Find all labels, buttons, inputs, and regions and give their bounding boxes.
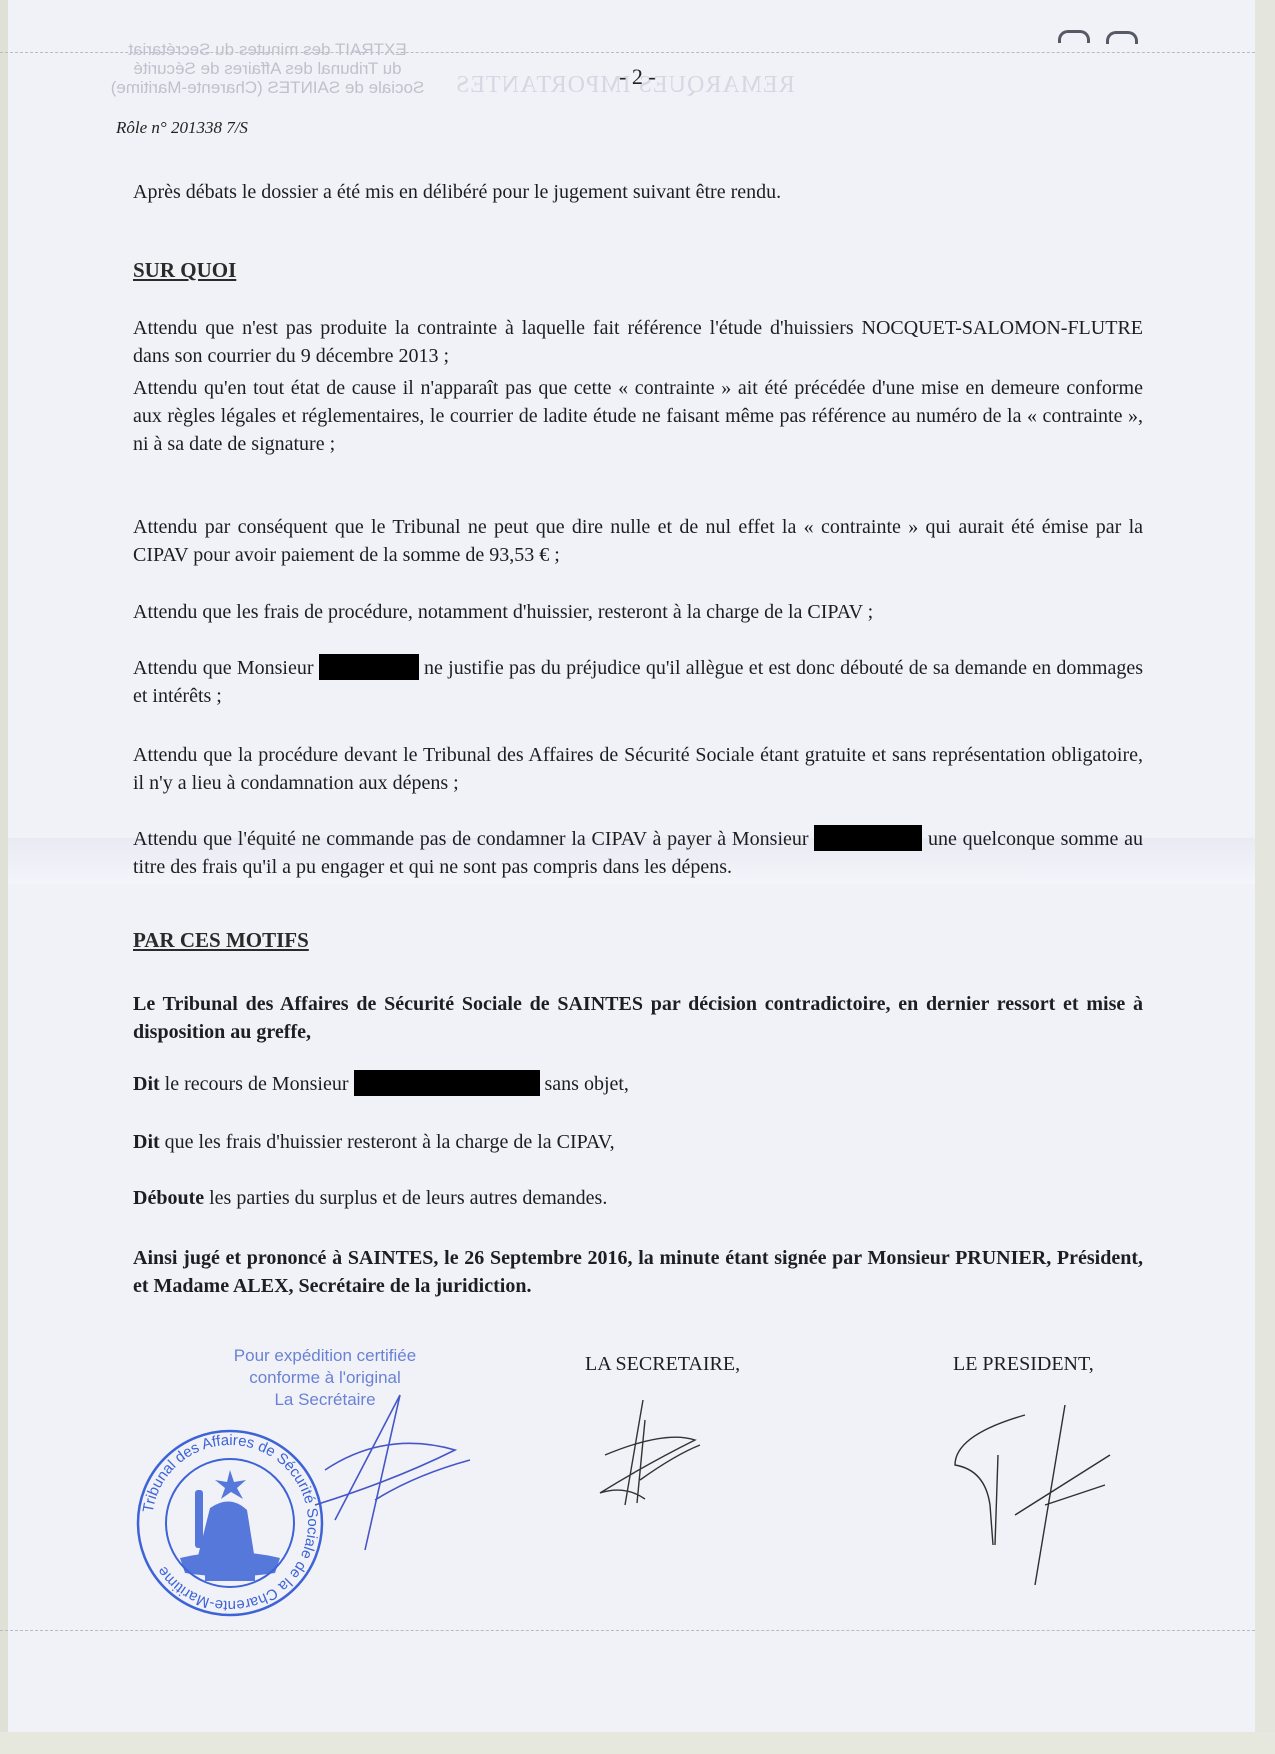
staple-hole-icon (1106, 31, 1138, 44)
page-number: - 2 - (619, 64, 656, 90)
heading-sur-quoi: SUR QUOI (133, 258, 236, 283)
scan-edge-bottom (0, 1732, 1275, 1754)
scan-edge-right (1255, 0, 1275, 1754)
heading-par-ces-motifs: PAR CES MOTIFS (133, 928, 309, 953)
secretary-certification-signature-icon (305, 1390, 475, 1570)
paragraph-attendu-5: Attendu que Monsieur ne justifie pas du … (133, 654, 1143, 710)
redacted-name (814, 825, 922, 851)
dispositif-deboute: Déboute les parties du surplus et de leu… (133, 1184, 1143, 1212)
fold-line-bottom (0, 1630, 1255, 1632)
dispositif-dit-recours: Dit le recours de Monsieur sans objet, (133, 1070, 1143, 1098)
motifs-intro: Le Tribunal des Affaires de Sécurité Soc… (133, 990, 1143, 1046)
paragraph-attendu-3: Attendu par conséquent que le Tribunal n… (133, 513, 1143, 569)
president-label: LE PRESIDENT, (953, 1353, 1094, 1376)
paragraph-attendu-4: Attendu que les frais de procédure, nota… (133, 598, 1143, 626)
bleed-through-stamp: EXTRAIT des minutes du Secrétariat du Tr… (95, 40, 440, 97)
scan-edge-left (0, 0, 8, 1754)
dispositif-dit-frais: Dit que les frais d'huissier resteront à… (133, 1128, 1143, 1156)
redacted-name (354, 1070, 540, 1096)
paragraph-attendu-2: Attendu qu'en tout état de cause il n'ap… (133, 374, 1143, 458)
secretary-signature-icon (585, 1395, 705, 1515)
conclusion-paragraph: Ainsi jugé et prononcé à SAINTES, le 26 … (133, 1244, 1143, 1300)
tribunal-seal-icon: Tribunal des Affaires de Sécurité Social… (135, 1428, 325, 1618)
staple-hole-icon (1058, 30, 1090, 43)
paragraph-attendu-6: Attendu que la procédure devant le Tribu… (133, 741, 1143, 797)
role-number: Rôle n° 201338 7/S (116, 118, 248, 138)
paragraph-attendu-7: Attendu que l'équité ne commande pas de … (133, 825, 1143, 881)
secretary-label: LA SECRETAIRE, (585, 1353, 740, 1376)
intro-paragraph: Après débats le dossier a été mis en dél… (133, 178, 1143, 206)
president-signature-icon (915, 1395, 1115, 1585)
paragraph-attendu-1: Attendu que n'est pas produite la contra… (133, 314, 1143, 370)
redacted-name (319, 654, 419, 680)
